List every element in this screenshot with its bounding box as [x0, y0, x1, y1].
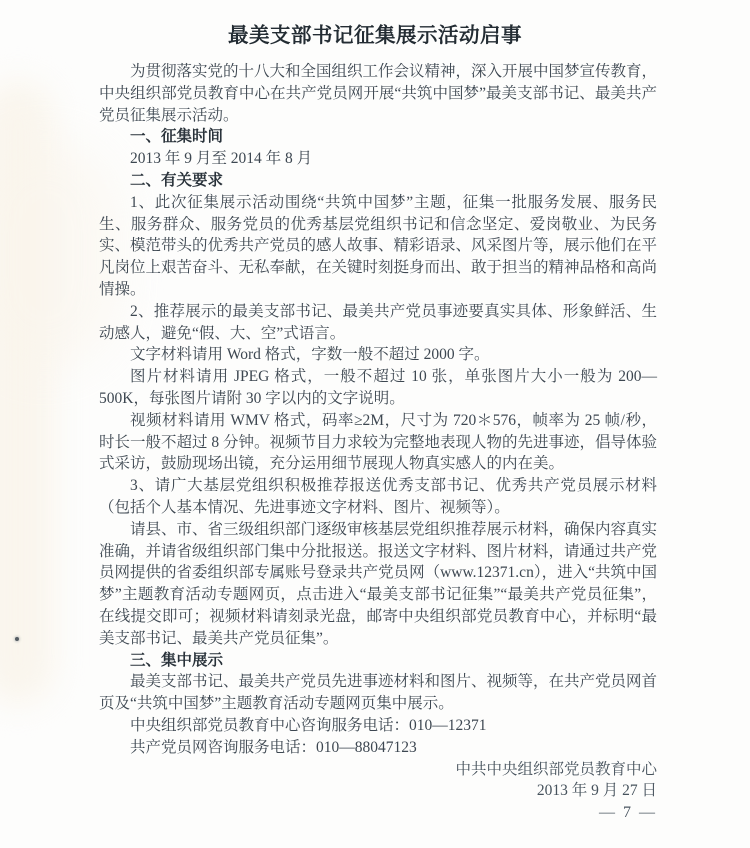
wmv-format-line: 视频材料请用 WMV 格式，码率≥2M，尺寸为 720＊576，帧率为 25 帧…	[99, 410, 657, 475]
signature-date: 2013 年 9 月 27 日	[99, 780, 657, 802]
requirement-item-2: 2、推荐展示的最美支部书记、最美共产党员事迹要真实具体、形象鲜活、生动感人，避免…	[99, 301, 657, 345]
section-heading-2: 二、有关要求	[99, 170, 657, 192]
phone-line-1: 中央组织部党员教育中心咨询服务电话：010—12371	[99, 715, 657, 737]
page-number: — 7 —	[99, 802, 657, 824]
display-description: 最美支部书记、最美共产党员先进事迹材料和图片、视频等，在共产党员网首页及“共筑中…	[99, 671, 657, 715]
requirement-item-1: 1、此次征集展示活动围绕“共筑中国梦”主题，征集一批服务发展、服务民生、服务群众…	[99, 192, 657, 301]
submission-process: 请县、市、省三级组织部门逐级审核基层党组织推荐展示材料，确保内容真实准确，并请省…	[99, 519, 657, 650]
scan-speck	[15, 637, 19, 641]
phone-line-2: 共产党员网咨询服务电话：010—88047123	[99, 737, 657, 759]
signature-org: 中共中央组织部党员教育中心	[99, 759, 657, 781]
section-heading-1: 一、征集时间	[99, 126, 657, 148]
scanned-document-page: 最美支部书记征集展示活动启事 为贯彻落实党的十八大和全国组织工作会议精神，深入开…	[0, 0, 750, 848]
word-format-line: 文字材料请用 Word 格式，字数一般不超过 2000 字。	[99, 344, 657, 366]
document-body: 为贯彻落实党的十八大和全国组织工作会议精神，深入开展中国梦宣传教育，中央组织部党…	[99, 61, 657, 824]
paragraph-intro: 为贯彻落实党的十八大和全国组织工作会议精神，深入开展中国梦宣传教育，中央组织部党…	[99, 61, 657, 126]
collection-period-line: 2013 年 9 月至 2014 年 8 月	[99, 148, 657, 170]
document-title: 最美支部书记征集展示活动启事	[0, 18, 750, 48]
requirement-item-3: 3、请广大基层党组织积极推荐报送优秀支部书记、优秀共产党员展示材料（包括个人基本…	[99, 475, 657, 519]
left-scan-shading	[0, 80, 54, 705]
jpeg-format-line: 图片材料请用 JPEG 格式，一般不超过 10 张，单张图片大小一般为 200—…	[99, 366, 657, 410]
section-heading-3: 三、集中展示	[99, 650, 657, 672]
